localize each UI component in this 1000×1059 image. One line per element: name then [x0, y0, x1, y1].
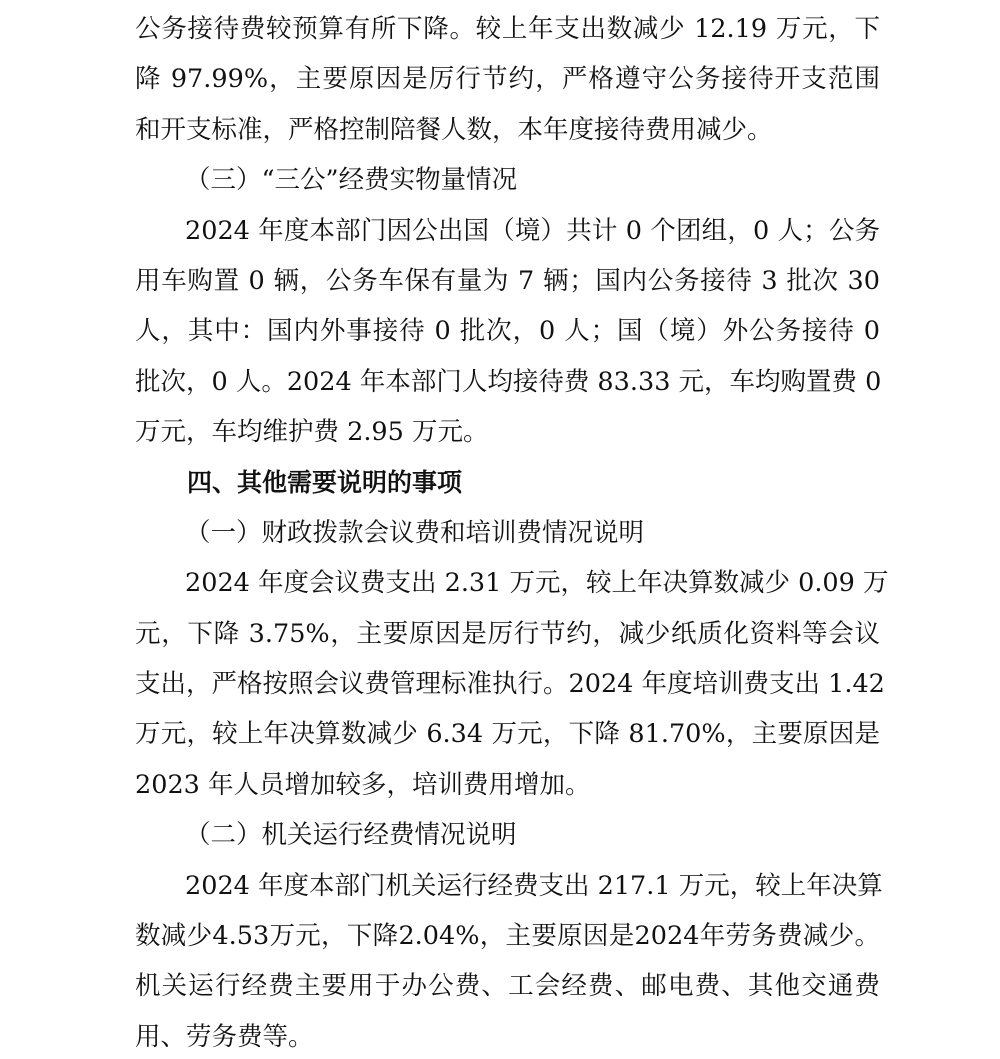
- heading-other-matters: 四、其他需要说明的事项: [135, 458, 880, 508]
- text-line: 2024 年度本部门因公出国（境）共计 0 个团组，0 人；公务: [135, 206, 880, 256]
- subheading-meeting-training-fees: （一）财政拨款会议费和培训费情况说明: [135, 508, 880, 558]
- text-line: 2024 年度会议费支出 2.31 万元，较上年决算数减少 0.09 万: [135, 558, 880, 608]
- paragraph-operating-expenses: 2024 年度本部门机关运行经费支出 217.1 万元，较上年决算 数减少4.5…: [135, 861, 880, 1059]
- document-page: 公务接待费较预算有所下降。较上年支出数减少 12.19 万元，下 降 97.99…: [135, 4, 880, 1059]
- subheading-operating-expenses: （二）机关运行经费情况说明: [135, 810, 880, 860]
- text-line: 机关运行经费主要用于办公费、工会经费、邮电费、其他交通费: [135, 961, 880, 1011]
- text-line: 支出，严格按照会议费管理标准执行。2024 年度培训费支出 1.42: [135, 659, 880, 709]
- text-line: 元，下降 3.75%，主要原因是厉行节约，减少纸质化资料等会议: [135, 609, 880, 659]
- text-line: 和开支标准，严格控制陪餐人数，本年度接待费用减少。: [135, 105, 880, 155]
- text-line: 2024 年度本部门机关运行经费支出 217.1 万元，较上年决算: [135, 861, 880, 911]
- text-line: 人，其中：国内外事接待 0 批次，0 人；国（境）外公务接待 0: [135, 306, 880, 356]
- text-line: 2023 年人员增加较多，培训费用增加。: [135, 760, 880, 810]
- text-line: 公务接待费较预算有所下降。较上年支出数减少 12.19 万元，下: [135, 4, 880, 54]
- paragraph-hospitality-expense: 公务接待费较预算有所下降。较上年支出数减少 12.19 万元，下 降 97.99…: [135, 4, 880, 155]
- paragraph-physical-quantities: 2024 年度本部门因公出国（境）共计 0 个团组，0 人；公务 用车购置 0 …: [135, 206, 880, 458]
- text-line: 降 97.99%，主要原因是厉行节约，严格遵守公务接待开支范围: [135, 54, 880, 104]
- text-line: 批次，0 人。2024 年本部门人均接待费 83.33 元，车均购置费 0: [135, 357, 880, 407]
- text-line: 用车购置 0 辆，公务车保有量为 7 辆；国内公务接待 3 批次 30: [135, 256, 880, 306]
- text-line: 数减少4.53万元，下降2.04%，主要原因是2024年劳务费减少。: [135, 911, 880, 961]
- subheading-three-public-physical: （三）“三公”经费实物量情况: [135, 155, 880, 205]
- text-line: 用、劳务费等。: [135, 1012, 880, 1059]
- paragraph-meeting-training-fees: 2024 年度会议费支出 2.31 万元，较上年决算数减少 0.09 万 元，下…: [135, 558, 880, 810]
- text-line: 万元，车均维护费 2.95 万元。: [135, 407, 880, 457]
- text-line: 万元，较上年决算数减少 6.34 万元，下降 81.70%，主要原因是: [135, 709, 880, 759]
